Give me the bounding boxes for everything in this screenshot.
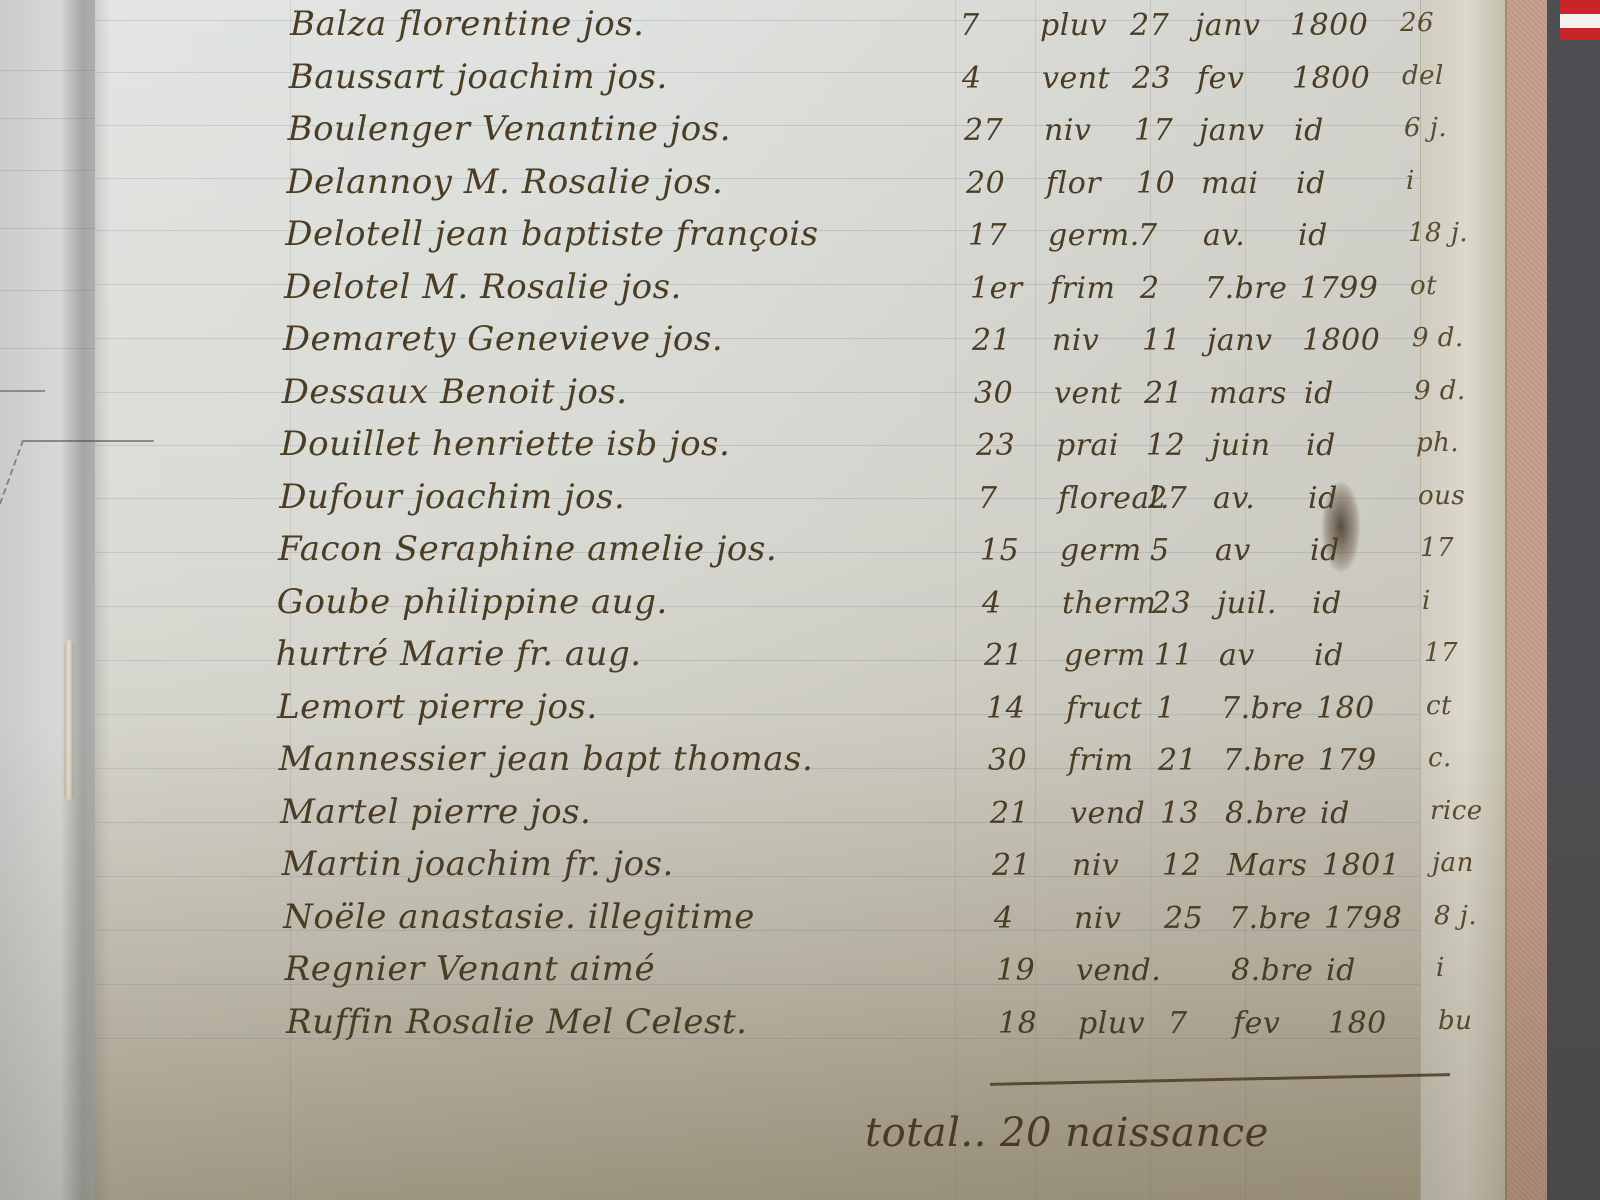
- margin-note: 9 d.: [1414, 376, 1466, 406]
- entry-name: Mannessier jean bapt thomas.: [279, 739, 814, 779]
- gregorian-day: 11: [1154, 638, 1193, 673]
- year: id: [1312, 586, 1342, 621]
- republican-day: 21: [972, 323, 1011, 358]
- margin-note: i: [1436, 953, 1445, 983]
- year: id: [1296, 166, 1326, 201]
- gregorian-day: 23: [1152, 586, 1191, 621]
- year: id: [1298, 218, 1328, 253]
- republican-day: 7: [978, 481, 998, 516]
- gregorian-day: 21: [1158, 743, 1197, 778]
- republican-month: pluv: [1040, 8, 1107, 43]
- republican-day: 30: [974, 376, 1013, 411]
- gregorian-day: 7: [1138, 218, 1158, 253]
- margin-note: 9 d.: [1412, 323, 1464, 353]
- gregorian-month: av: [1219, 638, 1255, 673]
- cloth-spine: [1505, 0, 1549, 1200]
- republican-day: 20: [966, 166, 1005, 201]
- entry-name: Boulenger Venantine jos.: [288, 109, 731, 149]
- gregorian-month: 8.bre: [1231, 953, 1313, 988]
- gregorian-month: janv: [1199, 113, 1264, 148]
- year: id: [1304, 376, 1334, 411]
- year: 1799: [1300, 271, 1378, 306]
- entry-name: Balza florentine jos.: [290, 4, 644, 44]
- gregorian-month: janv: [1195, 8, 1260, 43]
- republican-day: 27: [964, 113, 1003, 148]
- republican-day: 1er: [970, 271, 1023, 306]
- entry-name: Goube philippine aug.: [277, 582, 668, 622]
- entry-name: Facon Seraphine amelie jos.: [278, 529, 777, 569]
- gregorian-month: mai: [1201, 166, 1258, 201]
- margin-note: del: [1402, 61, 1444, 91]
- entry-name: Regnier Venant aimé: [285, 949, 656, 989]
- gregorian-month: janv: [1207, 323, 1272, 358]
- ribbon-bookmark: [1560, 0, 1600, 40]
- republican-month: niv: [1052, 323, 1099, 358]
- year: id: [1314, 638, 1344, 673]
- republican-day: 21: [992, 848, 1031, 883]
- gregorian-day: 2: [1140, 271, 1160, 306]
- entry-name: Demarety Genevieve jos.: [283, 319, 723, 359]
- gregorian-month: 7.bre: [1205, 271, 1287, 306]
- gregorian-month: 7.bre: [1221, 691, 1303, 726]
- entry-name: Martin joachim fr. jos.: [282, 844, 674, 884]
- gregorian-day: 17: [1134, 113, 1173, 148]
- entry-name: hurtré Marie fr. aug.: [276, 634, 642, 674]
- entry-name: Delannoy M. Rosalie jos.: [286, 162, 723, 202]
- gregorian-day: 10: [1136, 166, 1175, 201]
- republican-month: prai: [1056, 428, 1119, 463]
- margin-note: 17: [1420, 533, 1454, 563]
- gregorian-day: 25: [1164, 901, 1203, 936]
- republican-month: frim: [1068, 743, 1134, 778]
- margin-note: 8 j.: [1434, 901, 1477, 931]
- margin-note: i: [1422, 586, 1431, 616]
- year: 1800: [1292, 61, 1370, 96]
- republican-month: vend: [1070, 796, 1145, 831]
- republican-day: 4: [994, 901, 1014, 936]
- republican-day: 18: [998, 1006, 1037, 1041]
- gregorian-day: 7: [1168, 1006, 1188, 1041]
- republican-month: germ: [1060, 533, 1142, 568]
- entry-name: Lemort pierre jos.: [277, 687, 598, 727]
- year: 180: [1328, 1006, 1387, 1041]
- gregorian-day: 1: [1156, 691, 1176, 726]
- document-photo: Balza florentine jos. 7 pluv 27 janv 180…: [0, 0, 1600, 1200]
- margin-note: ous: [1418, 481, 1465, 511]
- gregorian-month: av.: [1203, 218, 1245, 253]
- gregorian-month: av: [1215, 533, 1251, 568]
- republican-day: 7: [960, 8, 980, 43]
- total-label: total..: [865, 1110, 987, 1156]
- margin-note: ot: [1410, 271, 1437, 301]
- entry-name: Baussart joachim jos.: [289, 57, 668, 97]
- year: 1798: [1324, 901, 1402, 936]
- year: id: [1310, 533, 1340, 568]
- gregorian-month: mars: [1209, 376, 1287, 411]
- entry-name: Douillet henriette isb jos.: [280, 424, 730, 464]
- margin-note: 26: [1400, 8, 1434, 38]
- republican-month: germ.: [1048, 218, 1140, 253]
- republican-day: 21: [984, 638, 1023, 673]
- binding-thread: [64, 640, 74, 800]
- margin-note: i: [1406, 166, 1415, 196]
- background-surface: [1547, 0, 1600, 1200]
- margin-note: 18 j.: [1408, 218, 1468, 248]
- republican-day: 17: [968, 218, 1007, 253]
- margin-note: c.: [1428, 743, 1452, 773]
- year: 1801: [1322, 848, 1400, 883]
- gregorian-month: 7.bre: [1223, 743, 1305, 778]
- margin-note: ph.: [1416, 428, 1459, 458]
- book-gutter: [60, 0, 110, 1200]
- year: id: [1326, 953, 1356, 988]
- gregorian-month: juin: [1211, 428, 1271, 463]
- year: 180: [1316, 691, 1375, 726]
- republican-month: niv: [1074, 901, 1121, 936]
- year: id: [1294, 113, 1324, 148]
- gregorian-day: 23: [1132, 61, 1171, 96]
- year: id: [1308, 481, 1338, 516]
- gregorian-month: 8.bre: [1225, 796, 1307, 831]
- republican-day: 21: [990, 796, 1029, 831]
- republican-month: fruct: [1066, 691, 1142, 726]
- republican-day: 23: [976, 428, 1015, 463]
- republican-month: frim: [1050, 271, 1116, 306]
- republican-month: vent: [1054, 376, 1122, 411]
- gregorian-month: 7.bre: [1229, 901, 1311, 936]
- republican-month: pluv: [1078, 1006, 1145, 1041]
- gregorian-day: 27: [1130, 8, 1169, 43]
- entry-name: Dessaux Benoit jos.: [282, 372, 628, 412]
- gregorian-day: 5: [1150, 533, 1170, 568]
- gregorian-day: 27: [1148, 481, 1187, 516]
- republican-day: 15: [980, 533, 1019, 568]
- entry-name: Martel pierre jos.: [280, 792, 591, 832]
- entry-name: Delotel M. Rosalie jos.: [284, 267, 682, 307]
- margin-note: ct: [1426, 691, 1452, 721]
- total-unit: naissance: [1065, 1110, 1269, 1156]
- gregorian-day: 12: [1146, 428, 1185, 463]
- margin-note: rice: [1430, 796, 1483, 826]
- entry-name: Noële anastasie. illegitime: [283, 897, 755, 937]
- year: 179: [1318, 743, 1377, 778]
- gregorian-day: 12: [1162, 848, 1201, 883]
- gregorian-day: 13: [1160, 796, 1199, 831]
- republican-day: 30: [988, 743, 1027, 778]
- year: id: [1320, 796, 1350, 831]
- entry-name: Delotell jean baptiste françois: [285, 214, 818, 254]
- year: 1800: [1302, 323, 1380, 358]
- entry-name: Dufour joachim jos.: [279, 477, 625, 517]
- republican-day: 4: [982, 586, 1002, 621]
- gregorian-day: 21: [1144, 376, 1183, 411]
- year: 1800: [1290, 8, 1368, 43]
- republican-day: 19: [996, 953, 1035, 988]
- margin-note: jan: [1432, 848, 1474, 878]
- republican-month: therm: [1062, 586, 1156, 621]
- year: id: [1306, 428, 1336, 463]
- republican-month: flor: [1046, 166, 1101, 201]
- republican-day: 4: [962, 61, 982, 96]
- gregorian-month: fev: [1233, 1006, 1280, 1041]
- republican-month: niv: [1072, 848, 1119, 883]
- entry-name: Ruffin Rosalie Mel Celest.: [286, 1002, 747, 1042]
- republican-day: 14: [986, 691, 1025, 726]
- gregorian-month: av.: [1213, 481, 1255, 516]
- republican-month: vend.: [1076, 953, 1161, 988]
- gregorian-month: fev: [1197, 61, 1244, 96]
- gregorian-day: 11: [1142, 323, 1181, 358]
- margin-note: 17: [1424, 638, 1458, 668]
- gregorian-month: Mars: [1227, 848, 1307, 883]
- total-count: 20: [1000, 1110, 1052, 1156]
- gregorian-month: juil.: [1217, 586, 1277, 621]
- total-line: total.. 20 naissance: [865, 1110, 1269, 1156]
- republican-month: germ: [1064, 638, 1146, 673]
- republican-month: vent: [1042, 61, 1110, 96]
- margin-note: 6 j.: [1404, 113, 1447, 143]
- margin-note: bu: [1438, 1006, 1472, 1036]
- republican-month: niv: [1044, 113, 1091, 148]
